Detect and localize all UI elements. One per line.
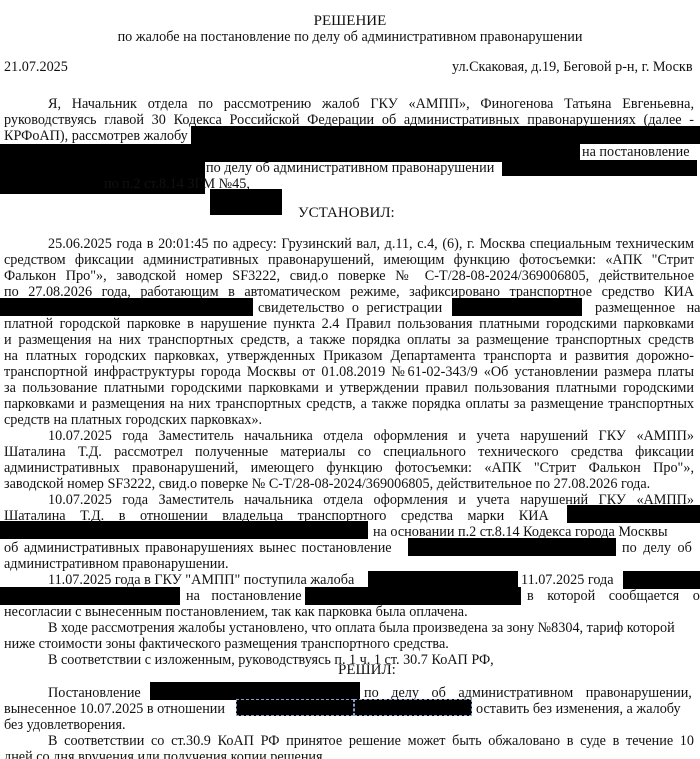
p5-line: В ходе рассмотрения жалобы установлено, …: [48, 620, 675, 636]
p2-line: 10.07.2025 года Заместитель начальника о…: [4, 428, 694, 444]
p1-line: транспортной инфраструктуры города Москв…: [4, 364, 694, 380]
document-place: ул.Скаковая, д.19, Беговой р-н, г. Москв: [452, 59, 693, 75]
section-established-heading: УСТАНОВИЛ:: [298, 205, 395, 221]
p4-line: на постановление: [186, 588, 302, 604]
redaction-bar: [567, 505, 700, 523]
redaction-bar-selected[interactable]: [354, 699, 472, 716]
p3-line: об административных правонарушениях выне…: [4, 540, 392, 556]
document-date: 21.07.2025: [4, 59, 68, 75]
p4-line: в которой сообщается о: [527, 588, 700, 604]
p1-line: на платных городских парковках, утвержде…: [4, 348, 694, 364]
p5-line: ниже стоимости зоны фактического размеще…: [4, 636, 449, 652]
redaction-bar: [623, 571, 700, 589]
document-subtitle: по жалобе на постановление по делу об ад…: [0, 29, 700, 45]
p2-line: Шаталина Т.Д. рассмотрел полученные мате…: [4, 444, 694, 460]
p6-line: В соответствии с изложенным, руководству…: [48, 652, 494, 668]
p1-line: Фалькон Про"», заводской номер SF3222, с…: [4, 268, 694, 284]
redaction-bar: [191, 126, 700, 144]
section-decided-heading: РЕШИЛ:: [338, 662, 396, 678]
redaction-bar: [0, 587, 180, 605]
p1-line: средств на платных городских парковках».: [4, 412, 262, 428]
redaction-bar: [150, 682, 360, 700]
p1-line: парковками и размещения на них транспорт…: [4, 396, 694, 412]
p7-line: оставить без изменения, а жалобу: [476, 701, 681, 717]
p7-line: Постановление: [48, 685, 141, 701]
redaction-bar: [408, 538, 616, 556]
p7-line: вынесенное 10.07.2025 в отношении: [4, 701, 225, 717]
redaction-bar-selected[interactable]: [236, 699, 354, 716]
p1-line: средством фиксации административных прав…: [4, 252, 694, 268]
intro-line-5: по делу об административном правонарушен…: [206, 160, 494, 176]
redaction-bar: [452, 298, 582, 316]
redaction-bar: [502, 160, 697, 176]
redaction-bar: [0, 521, 368, 539]
p1-line: размещенное на: [595, 300, 700, 316]
intro-line-4: на постановление: [582, 144, 690, 160]
p1-line: свидетельство о регистрации: [258, 300, 442, 316]
p8-line: В соответствии со ст.30.9 КоАП РФ принят…: [4, 733, 694, 749]
p3-line: по делу об: [622, 540, 692, 556]
redaction-bar: [210, 189, 282, 215]
p1-line: и размещения на них транспортных средств…: [4, 332, 694, 348]
p7-line: без удовлетворения.: [4, 717, 126, 733]
p4-line: 11.07.2025 года в ГКУ "АМПП" поступила ж…: [48, 572, 354, 588]
p1-line: за пользование платными городскими парко…: [4, 380, 694, 396]
p1-line: 25.06.2025 года в 20:01:45 по адресу: Гр…: [4, 236, 694, 252]
redaction-bar: [305, 587, 521, 605]
p2-line: административных правонарушений, имеющег…: [4, 460, 694, 476]
document-title: РЕШЕНИЕ: [0, 13, 700, 29]
p2-line: заводской номер SF3222, свид.о поверке №…: [4, 476, 650, 492]
p4-line: несогласии с вынесенным постановлением, …: [4, 604, 468, 620]
intro-line-3: КРФоАП), рассмотрев жалобу: [4, 128, 188, 144]
p3-line: административном правонарушении.: [4, 556, 229, 572]
p1-line: платной городской парковке в нарушение п…: [4, 316, 694, 332]
redaction-bar: [0, 298, 253, 316]
intro-line-1: Я, Начальник отдела по рассмотрению жало…: [4, 96, 694, 112]
p8-line: дней со дня вручения или получения копии…: [4, 749, 326, 759]
p4-line: 11.07.2025 года: [521, 572, 614, 588]
